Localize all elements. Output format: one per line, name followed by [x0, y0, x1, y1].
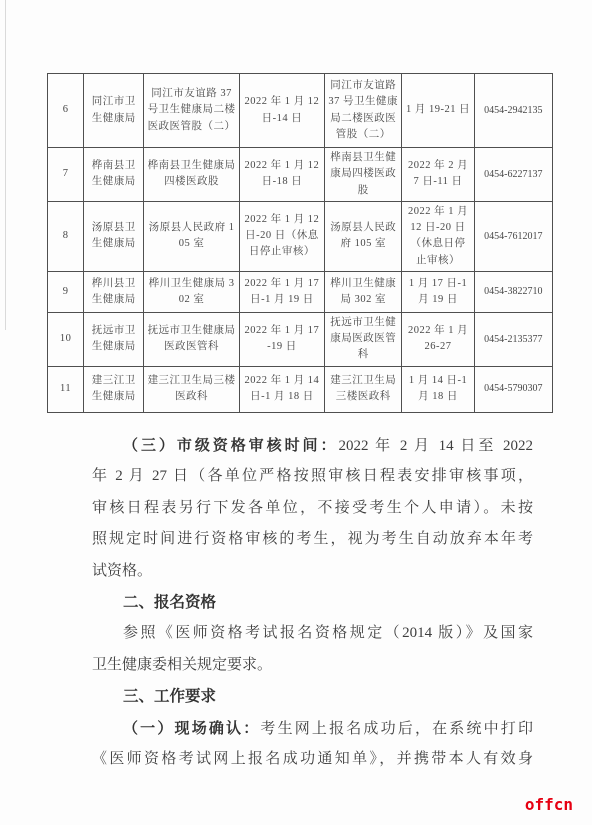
serial-cell: 8	[48, 201, 84, 271]
org-cell: 同江市卫生健康局	[84, 74, 144, 148]
paragraph-text: 照规定时间进行资格审核的考生，视为考生自动放弃本年考	[92, 531, 533, 547]
audit-time-cell: 2022 年 1 月 12 日-20 日（休息日停止审核）	[402, 201, 474, 271]
confirm-time-cell: 2022 年 1 月 12 日-20 日（休息日停止审核）	[239, 201, 324, 271]
confirm-site-cell: 建三江卫生局三楼医政科	[144, 366, 239, 412]
table-row: 11 建三江卫生健康局 建三江卫生局三楼医政科 2022 年 1 月 14 日-…	[48, 366, 553, 412]
scan-edge-line	[5, 0, 6, 330]
confirm-site-cell: 同江市友谊路 37 号卫生健康局二楼医政医管股（二）	[144, 74, 239, 148]
heading-text: 三、工作要求	[123, 688, 216, 705]
phone-cell: 0454-3822710	[474, 271, 552, 312]
paragraph-text: 考生网上报名成功后，在系统中打印	[260, 721, 533, 737]
confirm-site-cell: 桦南县卫生健康局四楼医政股	[144, 148, 239, 202]
confirm-time-cell: 2022 年 1 月 14 日-1 月 18 日	[239, 366, 324, 412]
heading-text: 二、报名资格	[123, 594, 216, 611]
offcn-watermark: offcn	[525, 795, 573, 814]
phone-cell: 0454-2135377	[474, 312, 552, 366]
audit-site-cell: 桦南县卫生健康局四楼医政股	[325, 148, 402, 202]
paragraph-line: 照规定时间进行资格审核的考生，视为考生自动放弃本年考	[92, 524, 533, 555]
paragraph-text: 年 2 月 27 日（各单位严格按照审核日程表安排审核事项，	[92, 468, 533, 484]
paragraph-line: （三）市级资格审核时间：2022 年 2 月 14 日至 2022	[92, 430, 533, 461]
paragraph-line: 年 2 月 27 日（各单位严格按照审核日程表安排审核事项，	[92, 461, 533, 492]
bold-lead-text: （三）市级资格审核时间：	[123, 437, 338, 454]
audit-site-cell: 同江市友谊路 37 号卫生健康局二楼医政医管股（二）	[325, 74, 402, 148]
phone-cell: 0454-6227137	[474, 148, 552, 202]
paragraph-line: 参照《医师资格考试报名资格规定（2014 版）》及国家	[92, 618, 533, 649]
serial-cell: 10	[48, 312, 84, 366]
section-heading-registration: 二、报名资格	[92, 587, 533, 618]
bold-lead-text: （一）现场确认：	[123, 720, 260, 737]
paragraph-line: 试资格。	[92, 556, 533, 587]
serial-cell: 6	[48, 74, 84, 148]
org-cell: 建三江卫生健康局	[84, 366, 144, 412]
audit-site-cell: 建三江卫生局三楼医政科	[325, 366, 402, 412]
audit-site-cell: 抚远市卫生健康局医政医管科	[325, 312, 402, 366]
table-row: 10 抚远市卫生健康局 抚远市卫生健康局医政医管科 2022 年 1 月 17-…	[48, 312, 553, 366]
paragraph-text: 卫生健康委相关规定要求。	[92, 657, 272, 673]
audit-schedule-table: 6 同江市卫生健康局 同江市友谊路 37 号卫生健康局二楼医政医管股（二） 20…	[47, 73, 553, 413]
document-page: 6 同江市卫生健康局 同江市友谊路 37 号卫生健康局二楼医政医管股（二） 20…	[0, 0, 592, 825]
paragraph-line: 卫生健康委相关规定要求。	[92, 650, 533, 681]
table-row: 7 桦南县卫生健康局 桦南县卫生健康局四楼医政股 2022 年 1 月 12 日…	[48, 148, 553, 202]
table-row: 8 汤原县卫生健康局 汤原县人民政府 105 室 2022 年 1 月 12 日…	[48, 201, 553, 271]
confirm-time-cell: 2022 年 1 月 12 日-14 日	[239, 74, 324, 148]
paragraph-text: 参照《医师资格考试报名资格规定（2014 版）》及国家	[123, 625, 533, 641]
body-text: （三）市级资格审核时间：2022 年 2 月 14 日至 2022 年 2 月 …	[92, 430, 533, 775]
confirm-time-cell: 2022 年 1 月 17-19 日	[239, 312, 324, 366]
org-cell: 桦南县卫生健康局	[84, 148, 144, 202]
paragraph-text: 试资格。	[92, 563, 152, 579]
org-cell: 抚远市卫生健康局	[84, 312, 144, 366]
table-row: 9 桦川县卫生健康局 桦川卫生健康局 302 室 2022 年 1 月 17 日…	[48, 271, 553, 312]
paragraph-line: 《医师资格考试网上报名成功通知单》，并携带本人有效身	[92, 744, 533, 775]
serial-cell: 9	[48, 271, 84, 312]
paragraph-text: 审核日程表另行下发各单位，不接受考生个人申请）。未按	[92, 500, 533, 516]
phone-cell: 0454-2942135	[474, 74, 552, 148]
phone-cell: 0454-7612017	[474, 201, 552, 271]
serial-cell: 7	[48, 148, 84, 202]
audit-time-cell: 1 月 14 日-1 月 18 日	[402, 366, 474, 412]
org-cell: 汤原县卫生健康局	[84, 201, 144, 271]
paragraph-line: 审核日程表另行下发各单位，不接受考生个人申请）。未按	[92, 493, 533, 524]
paragraph-text: 《医师资格考试网上报名成功通知单》，并携带本人有效身	[92, 751, 533, 767]
paragraph-line: （一）现场确认：考生网上报名成功后，在系统中打印	[92, 713, 533, 744]
serial-cell: 11	[48, 366, 84, 412]
confirm-site-cell: 抚远市卫生健康局医政医管科	[144, 312, 239, 366]
audit-time-cell: 2022 年 1 月 26-27	[402, 312, 474, 366]
org-cell: 桦川县卫生健康局	[84, 271, 144, 312]
audit-time-cell: 1 月 17 日-1 月 19 日	[402, 271, 474, 312]
audit-site-cell: 汤原县人民政府 105 室	[325, 201, 402, 271]
section-heading-work-requirements: 三、工作要求	[92, 681, 533, 712]
confirm-site-cell: 桦川卫生健康局 302 室	[144, 271, 239, 312]
table-row: 6 同江市卫生健康局 同江市友谊路 37 号卫生健康局二楼医政医管股（二） 20…	[48, 74, 553, 148]
audit-time-cell: 1 月 19-21 日	[402, 74, 474, 148]
confirm-time-cell: 2022 年 1 月 12 日-18 日	[239, 148, 324, 202]
audit-time-cell: 2022 年 2 月 7 日-11 日	[402, 148, 474, 202]
audit-site-cell: 桦川卫生健康局 302 室	[325, 271, 402, 312]
confirm-site-cell: 汤原县人民政府 105 室	[144, 201, 239, 271]
paragraph-text: 2022 年 2 月 14 日至 2022	[338, 438, 533, 454]
confirm-time-cell: 2022 年 1 月 17 日-1 月 19 日	[239, 271, 324, 312]
phone-cell: 0454-5790307	[474, 366, 552, 412]
